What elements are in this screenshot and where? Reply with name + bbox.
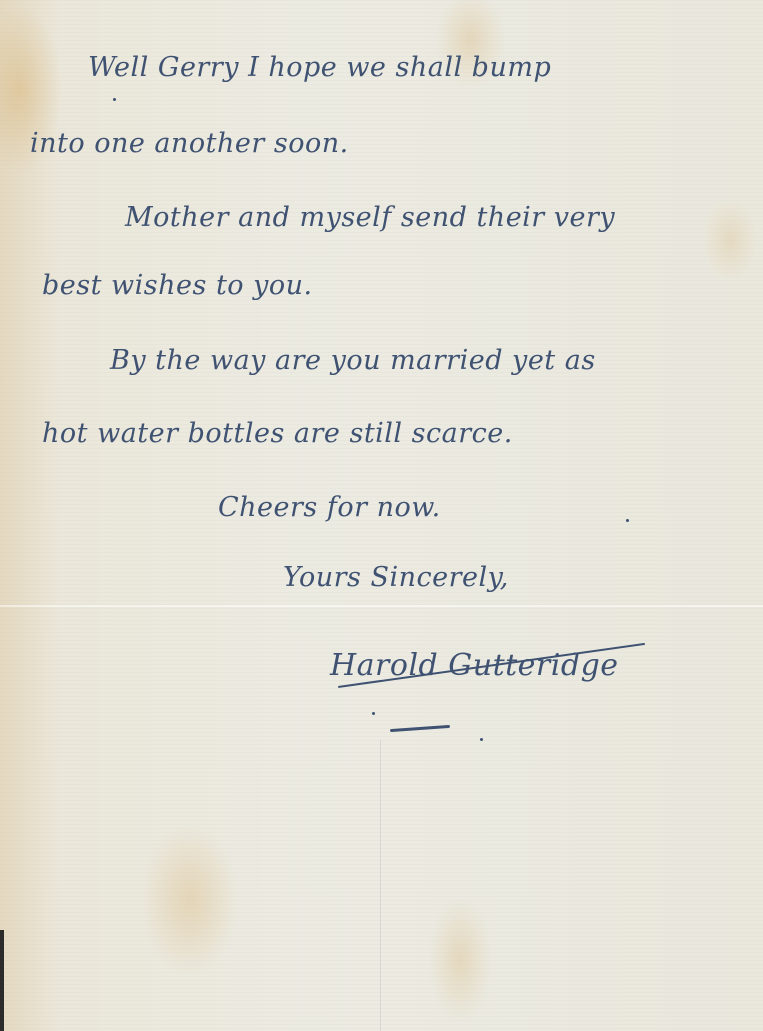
fold-crease-horizontal	[0, 605, 763, 607]
paragraph-3-line-1: By the way are you married yet as	[110, 345, 596, 376]
page-edge-shadow	[0, 930, 4, 1031]
signature-flourish	[390, 725, 450, 732]
ink-dot	[372, 712, 375, 715]
ink-dot	[113, 98, 116, 101]
paragraph-1-line-1: Well Gerry I hope we shall bump	[88, 52, 551, 83]
paragraph-1-line-2: into one another soon.	[30, 128, 349, 159]
paragraph-2-line-1: Mother and myself send their very	[125, 202, 615, 233]
fold-crease-vertical	[380, 740, 381, 1031]
paragraph-2-line-2: best wishes to you.	[42, 270, 313, 301]
paragraph-3-line-2: hot water bottles are still scarce.	[42, 418, 513, 449]
valediction: Yours Sincerely,	[283, 562, 509, 593]
ink-dot	[480, 738, 483, 741]
ink-dot	[626, 519, 629, 522]
closing-line: Cheers for now.	[218, 492, 441, 523]
letter-page: Well Gerry I hope we shall bump into one…	[0, 0, 763, 1031]
